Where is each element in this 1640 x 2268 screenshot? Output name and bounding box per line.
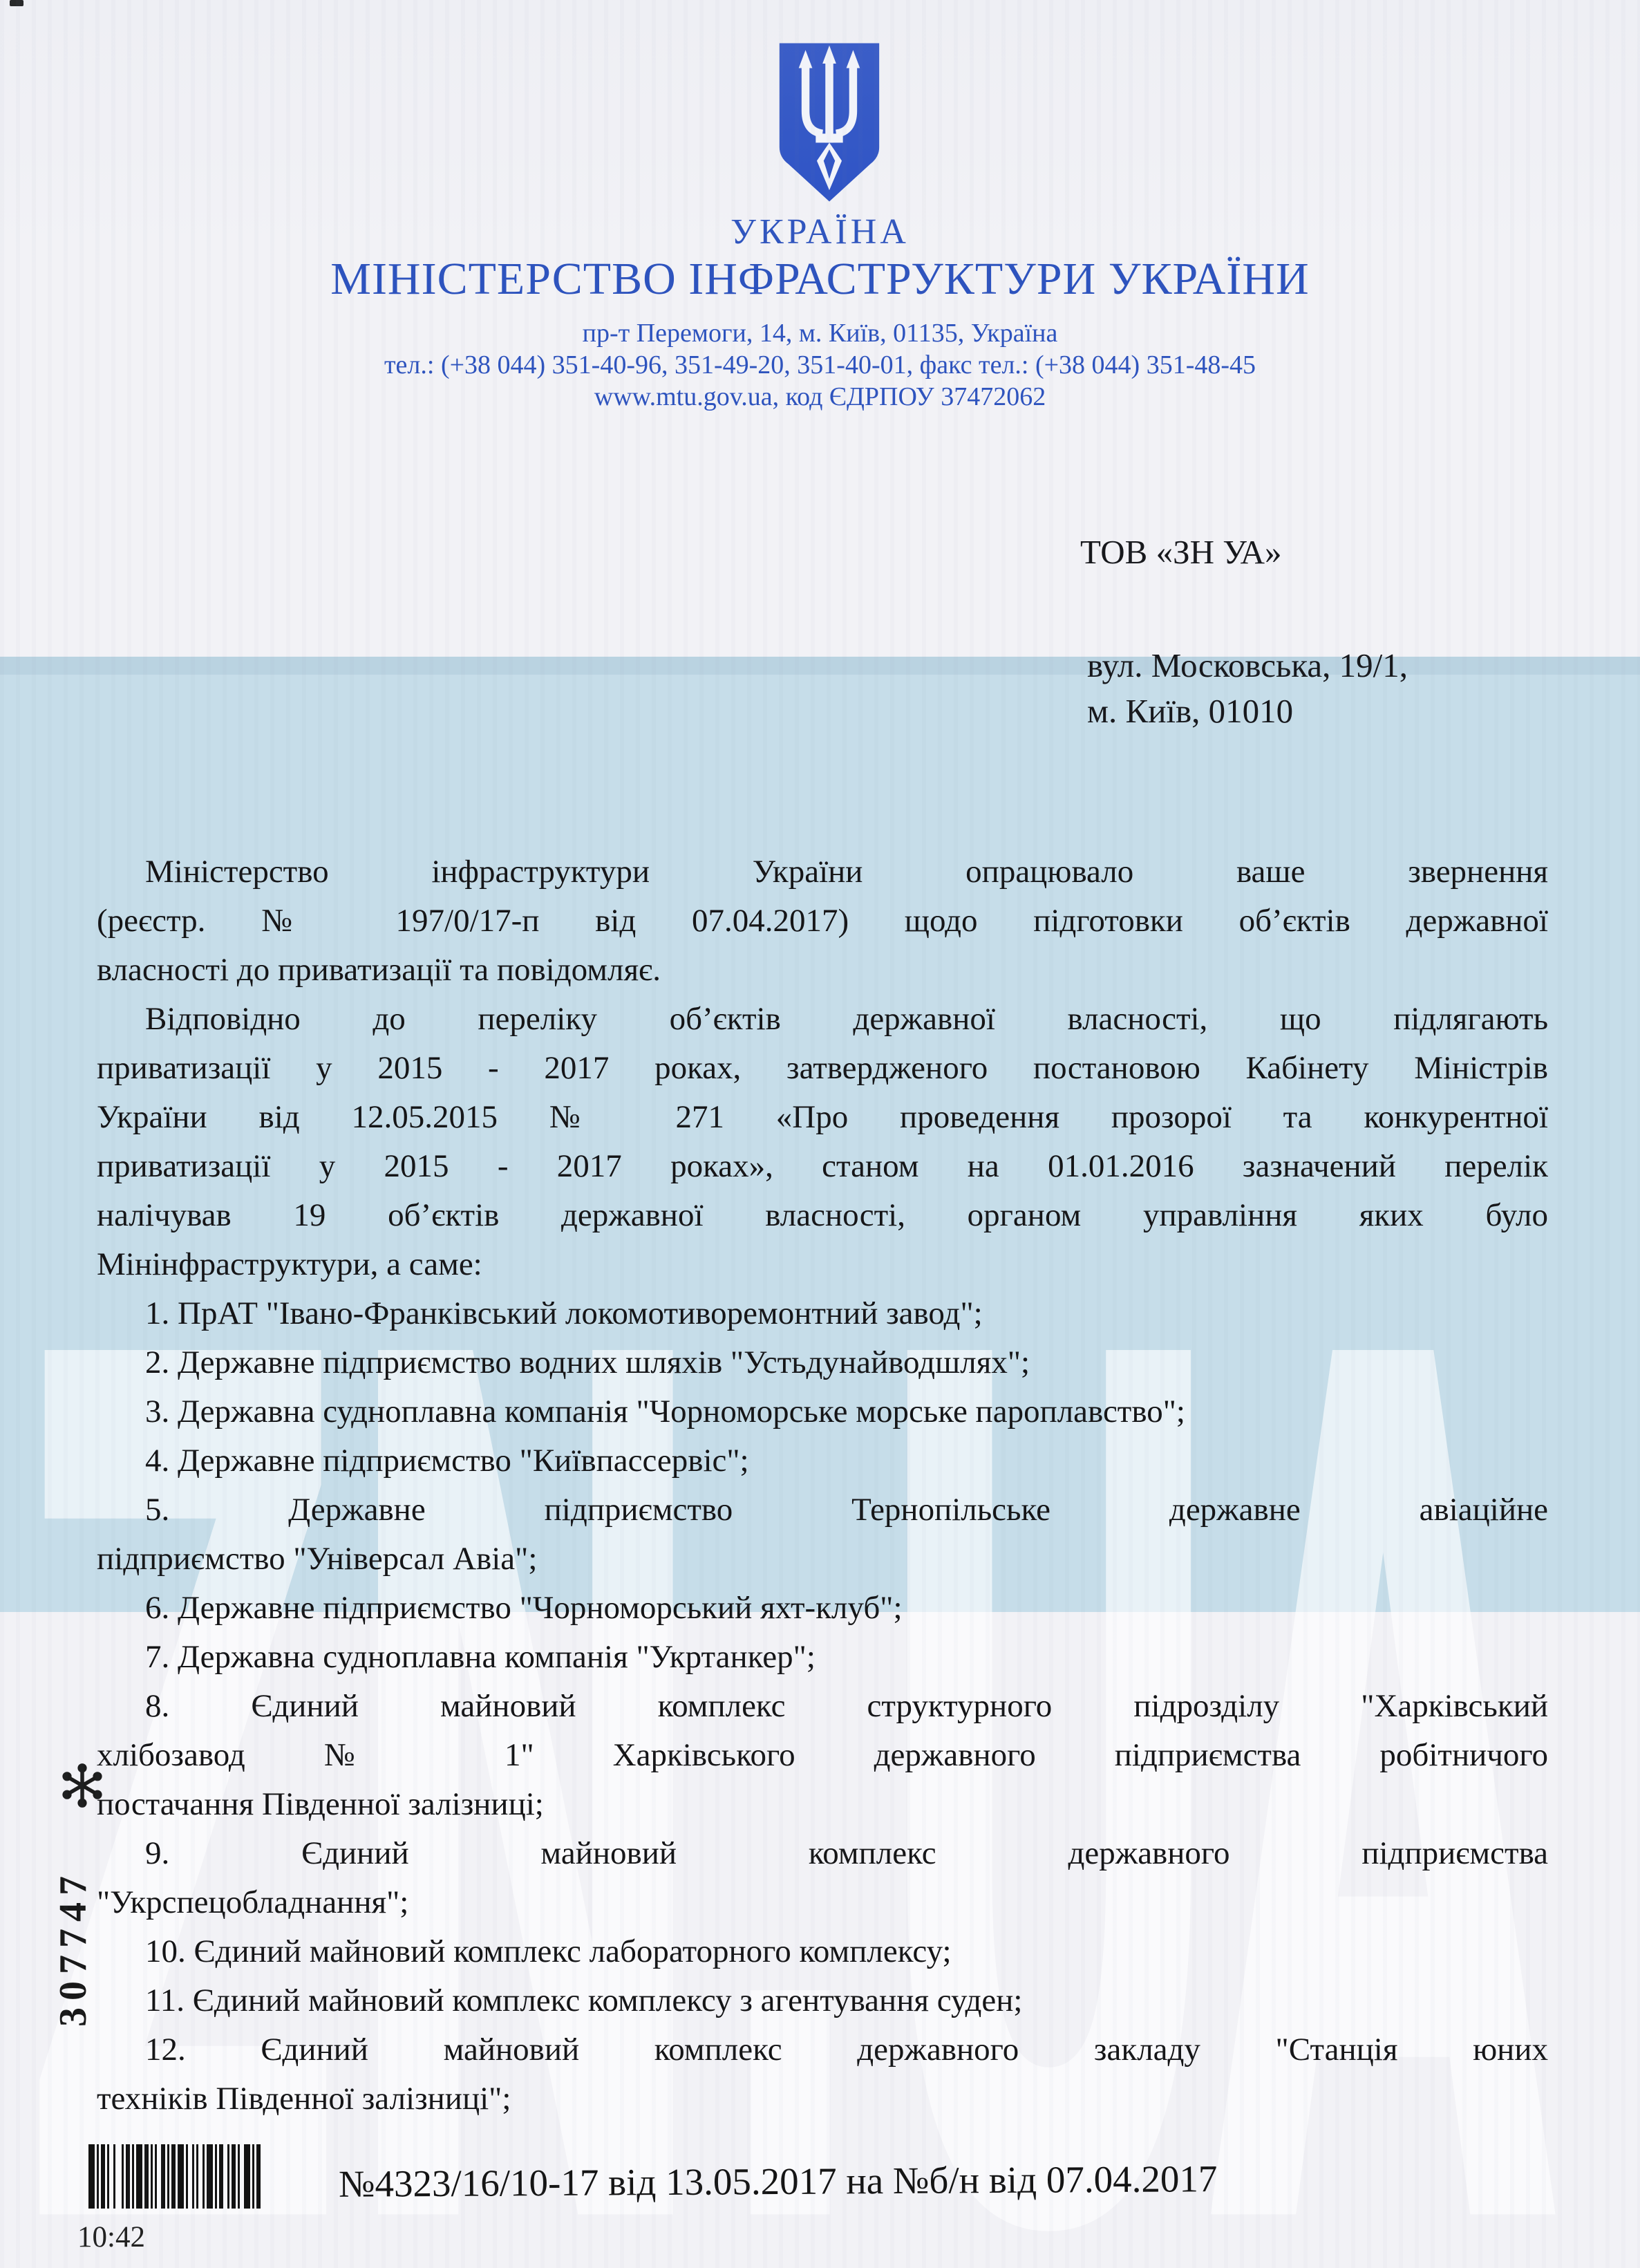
recipient-address-line2: м. Київ, 01010 [1087,691,1293,731]
list-item: 1. ПрАТ "Івано-Франківський локомотиворе… [97,1289,1548,1338]
list-item: 2. Державне підприємство водних шляхів "… [97,1338,1548,1387]
list-item: 9. Єдиний майновий комплекс державного п… [97,1829,1548,1927]
barcode-bar [244,2144,250,2209]
scan-time: 10:42 [77,2220,145,2254]
scanned-letter-page: УКРАЇНА МІНІСТЕРСТВО ІНФРАСТРУКТУРИ УКРА… [0,0,1640,2268]
paragraph: Відповідно до переліку об’єктів державно… [97,995,1548,1289]
asterisk-stamp-icon [59,1763,105,1808]
recipient-name: ТОВ «ЗН УА» [1080,532,1282,572]
list-item: 10. Єдиний майновий комплекс лабораторно… [97,1927,1548,1976]
list-item: 5. Державне підприємство Тернопільське д… [97,1486,1548,1584]
barcode-bar [178,2144,184,2209]
barcode-bar [136,2144,142,2209]
country-title: УКРАЇНА [0,212,1640,252]
barcode-bar [207,2144,213,2209]
ministry-phones: тел.: (+38 044) 351-40-96, 351-49-20, 35… [0,350,1640,380]
ministry-web: www.mtu.gov.ua, код ЄДРПОУ 37472062 [0,382,1640,412]
body-text: Міністерство інфраструктури України опра… [97,847,1548,2124]
list-item: 6. Державне підприємство "Чорноморський … [97,1584,1548,1633]
list-item: 8. Єдиний майновий комплекс структурного… [97,1682,1548,1829]
ministry-address: пр-т Перемоги, 14, м. Київ, 01135, Украї… [0,318,1640,348]
scan-artifact-speck [10,0,23,6]
barcode-space [115,2144,122,2209]
footer-reference: №4323/16/10-17 від 13.05.2017 на №б/н ві… [339,2157,1218,2206]
list-item: 7. Державна судноплавна компанія "Укртан… [97,1633,1548,1682]
ukraine-trident-emblem [773,39,886,206]
barcode-space [261,2144,263,2209]
ministry-title: МІНІСТЕРСТВО ІНФРАСТРУКТУРИ УКРАЇНИ [0,253,1640,306]
barcode [88,2144,263,2209]
list-item: 11. Єдиний майновий комплекс комплексу з… [97,1976,1548,2025]
paragraph: Міністерство інфраструктури України опра… [97,847,1548,995]
registration-number-vertical: 307747 [51,1869,95,2027]
list-item: 3. Державна судноплавна компанія "Чорном… [97,1387,1548,1436]
list-item: 12. Єдиний майновий комплекс державного … [97,2025,1548,2124]
recipient-address-line1: вул. Московська, 19/1, [1087,646,1408,685]
barcode-bar [88,2144,95,2209]
list-item: 4. Державне підприємство "Київпассервіс"… [97,1436,1548,1486]
